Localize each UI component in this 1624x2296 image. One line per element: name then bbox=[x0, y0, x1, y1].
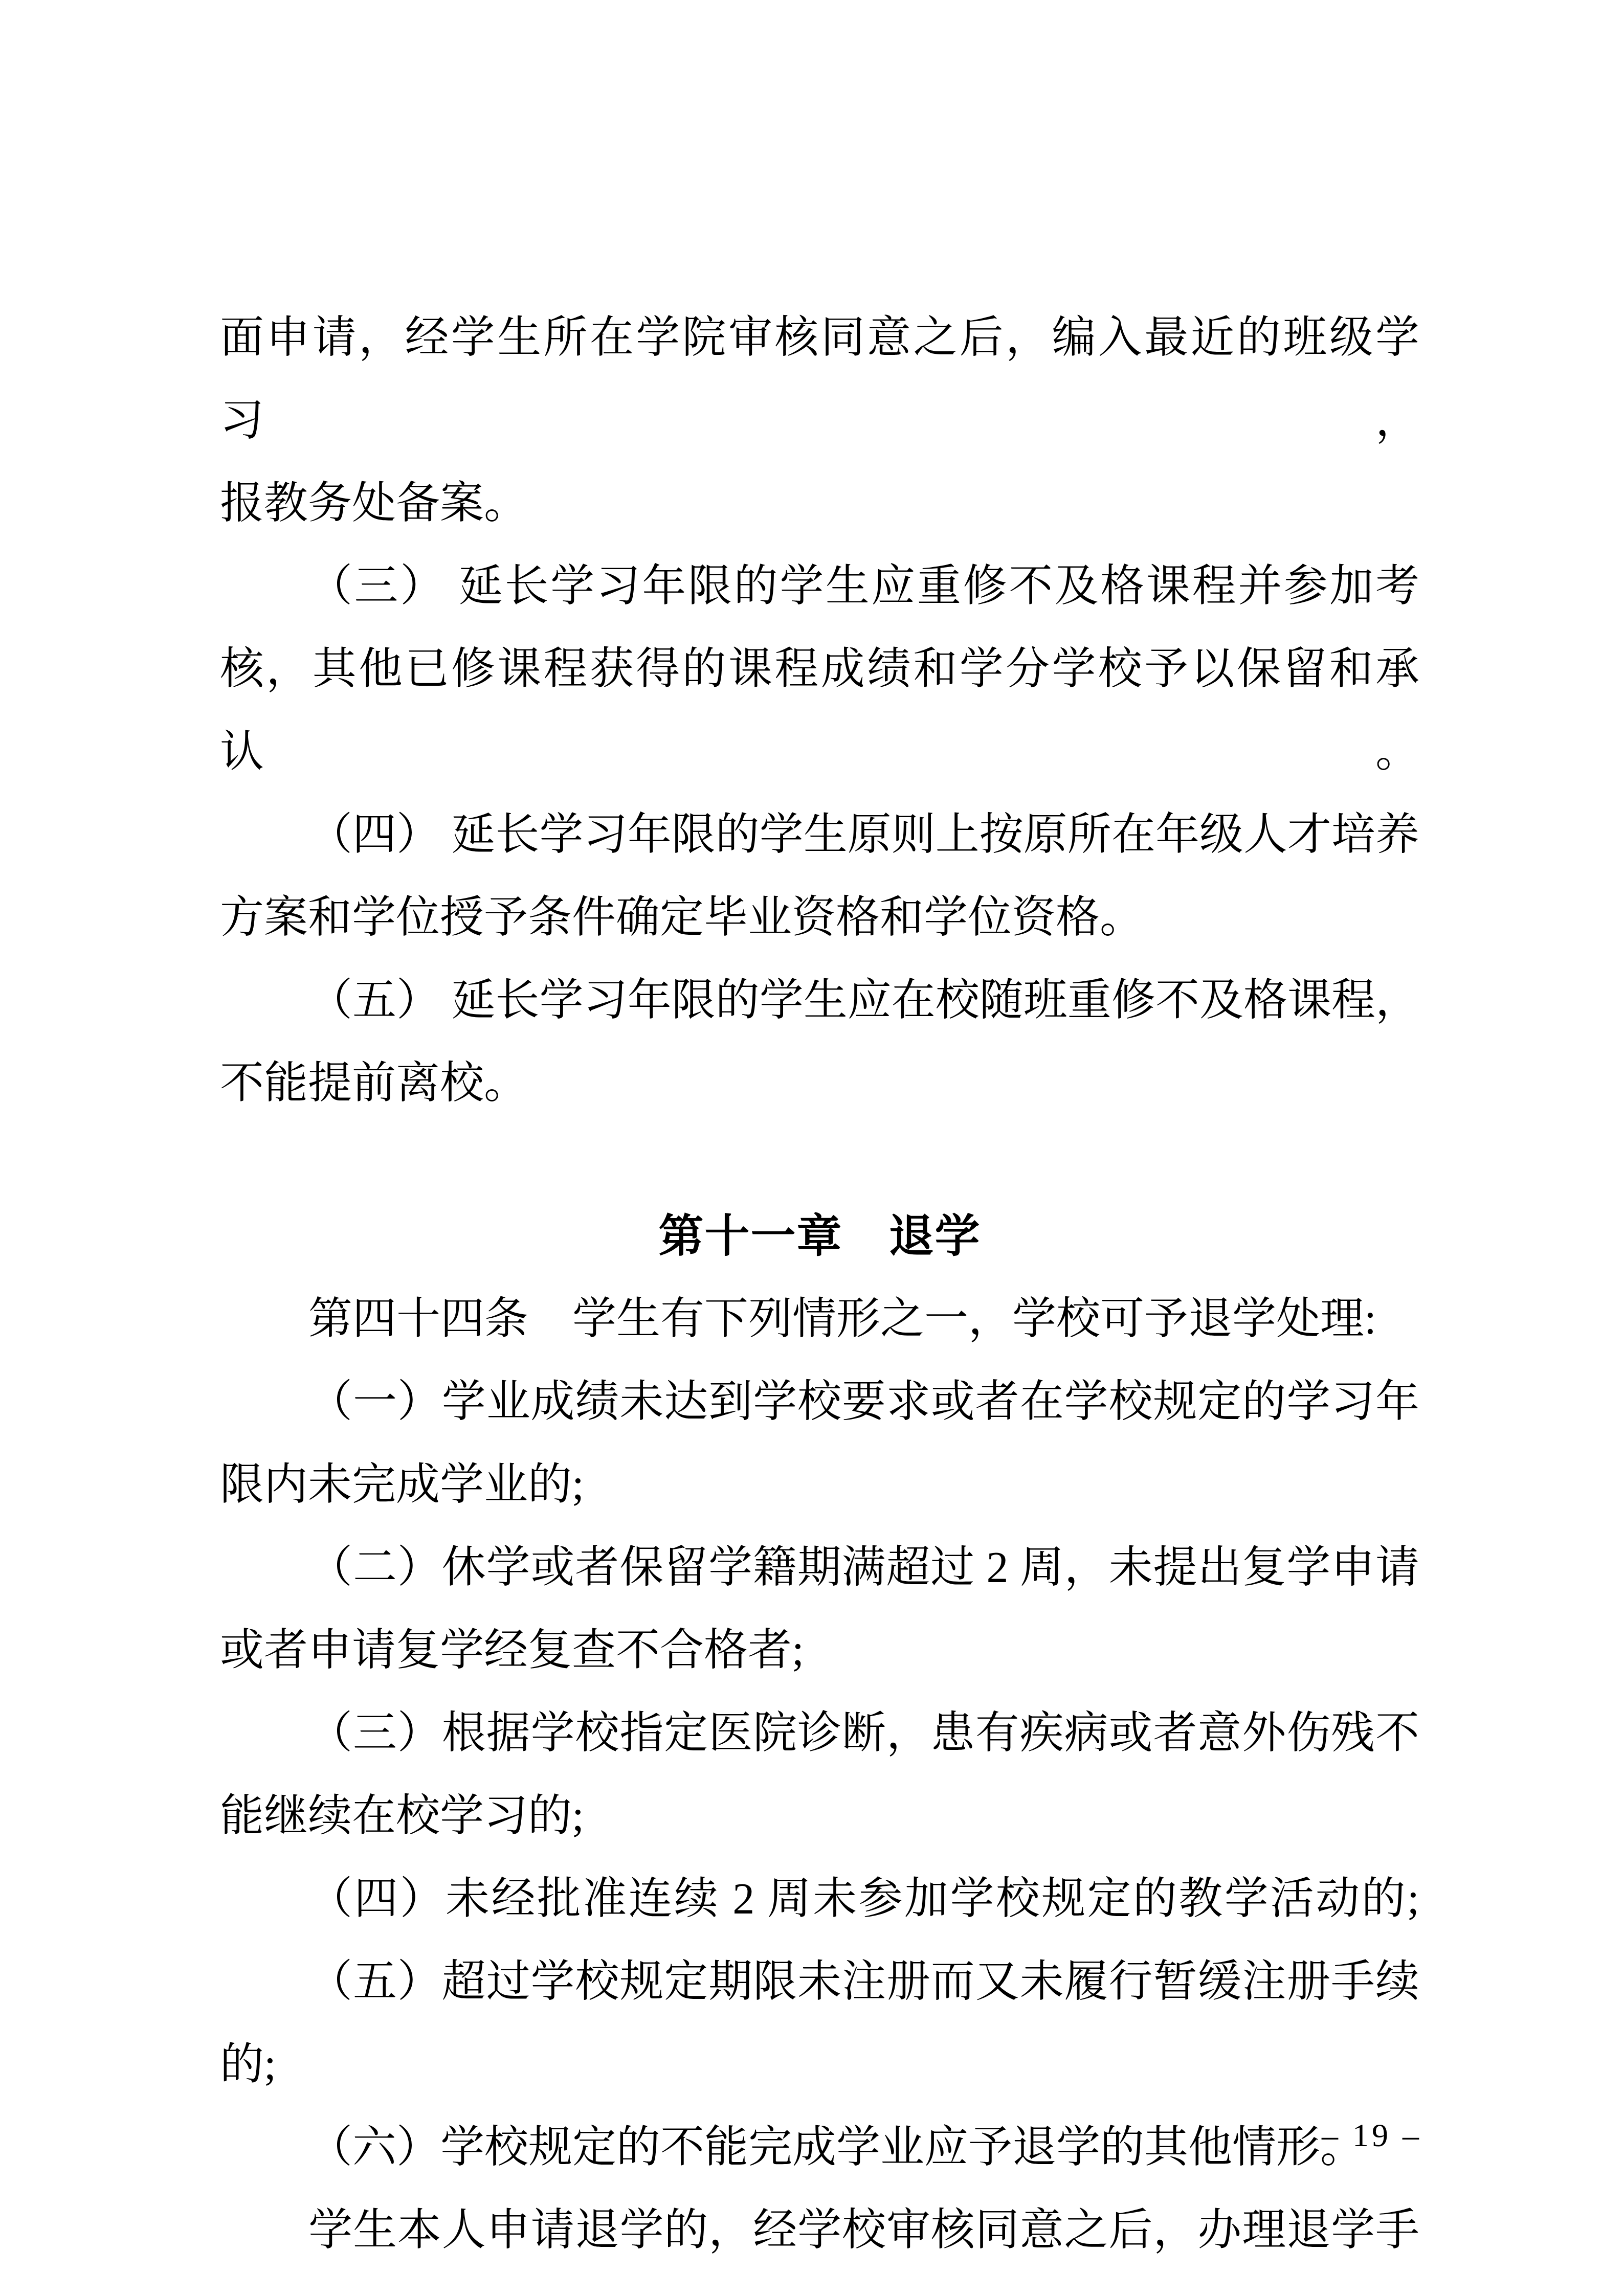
body-line: 限内未完成学业的; bbox=[220, 1443, 1419, 1526]
article-line: 第四十四条 学生有下列情形之一，学校可予退学处理: bbox=[220, 1277, 1419, 1360]
body-line: （五）超过学校规定期限未注册而又未履行暂缓注册手续 bbox=[220, 1940, 1419, 2023]
body-line: 不能提前离校。 bbox=[220, 1042, 1419, 1124]
body-line: （一）学业成绩未达到学校要求或者在学校规定的学习年 bbox=[220, 1360, 1419, 1443]
page-number: – 19 – bbox=[1322, 2117, 1422, 2154]
body-line: （四）未经批准连续 2 周未参加学校规定的教学活动的; bbox=[220, 1857, 1419, 1940]
body-line: 能继续在校学习的; bbox=[220, 1774, 1419, 1857]
body-line: （二）休学或者保留学籍期满超过 2 周，未提出复学申请 bbox=[220, 1526, 1419, 1609]
body-line: （六）学校规定的不能完成学业应予退学的其他情形。 bbox=[220, 2106, 1419, 2189]
document-page: 面申请，经学生所在学院审核同意之后，编入最近的班级学习， 报教务处备案。 （三）… bbox=[0, 0, 1624, 2296]
body-line: 核，其他已修课程获得的课程成绩和学分学校予以保留和承认。 bbox=[220, 627, 1419, 793]
body-line: （三）根据学校指定医院诊断，患有疾病或者意外伤残不 bbox=[220, 1692, 1419, 1774]
body-line: 学生本人申请退学的，经学校审核同意之后，办理退学手 bbox=[220, 2189, 1419, 2271]
body-line: 报教务处备案。 bbox=[220, 462, 1419, 545]
body-line: （三） 延长学习年限的学生应重修不及格课程并参加考 bbox=[220, 545, 1419, 627]
chapter-heading: 第十一章 退学 bbox=[220, 1195, 1419, 1277]
body-line: 方案和学位授予条件确定毕业资格和学位资格。 bbox=[220, 876, 1419, 959]
document-body: 面申请，经学生所在学院审核同意之后，编入最近的班级学习， 报教务处备案。 （三）… bbox=[220, 296, 1419, 2271]
body-line: （五） 延长学习年限的学生应在校随班重修不及格课程， bbox=[220, 959, 1419, 1042]
body-line: （四） 延长学习年限的学生原则上按原所在年级人才培养 bbox=[220, 793, 1419, 876]
body-line: 的; bbox=[220, 2023, 1419, 2106]
body-line: 面申请，经学生所在学院审核同意之后，编入最近的班级学习， bbox=[220, 296, 1419, 462]
body-line: 或者申请复学经复查不合格者; bbox=[220, 1609, 1419, 1692]
